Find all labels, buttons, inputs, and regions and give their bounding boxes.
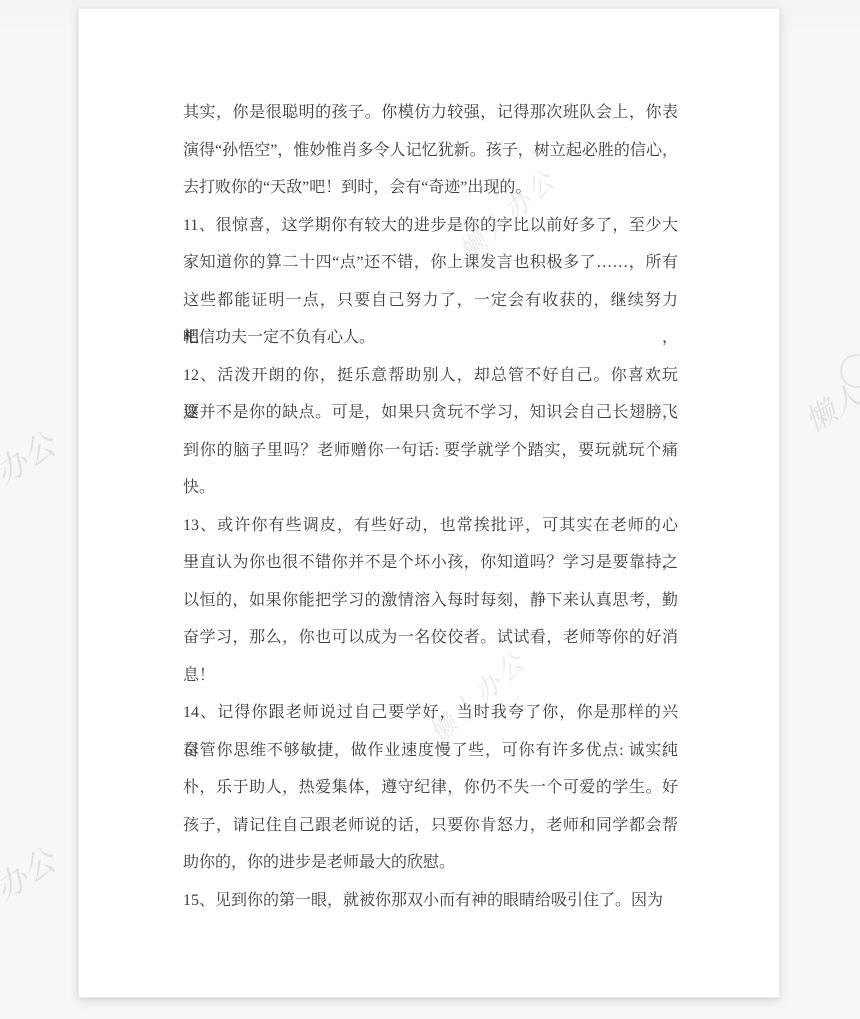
watermark-right-edge: 懒人 xyxy=(795,371,860,440)
paragraph: 11、很惊喜，这学期你有较大的进步是你的字比以前好多了，至少大家知道你的算二十四… xyxy=(183,207,678,357)
text-line: 去打败你的“天敌”吧！到时，会有“奇迹”出现的。 xyxy=(183,169,678,207)
text-line: 12、活泼开朗的你，挺乐意帮助别人，却总管不好自己。你喜欢玩耍， xyxy=(183,357,678,395)
paragraph: 15、见到你的第一眼，就被你那双小而有神的眼睛给吸引住了。因为 xyxy=(183,882,678,920)
text-line: 15、见到你的第一眼，就被你那双小而有神的眼睛给吸引住了。因为 xyxy=(183,882,678,920)
text-line: 朴，乐于助人，热爱集体，遵守纪律，你仍不失一个可爱的学生。好 xyxy=(183,769,678,807)
text-line: 13、或许你有些调皮，有些好动，也常挨批评，可其实在老师的心里， xyxy=(183,507,678,545)
paragraph: 13、或许你有些调皮，有些好动，也常挨批评，可其实在老师的心里，一直认为你也很不… xyxy=(183,507,678,695)
text-line: 到你的脑子里吗？老师赠你一句话: 要学就学个踏实，要玩就玩个痛 xyxy=(183,432,678,470)
app-background: 办公 懒人 办公 懒人办公 懒人办公 其实，你是很聪明的孩子。你模仿力较强，记得… xyxy=(0,0,860,1019)
text-line: 奋学习，那么，你也可以成为一名佼佼者。试试看，老师等你的好消 xyxy=(183,619,678,657)
text-line: 这并不是你的缺点。可是，如果只贪玩不学习，知识会自己长翅膀飞 xyxy=(183,394,678,432)
text-line: 演得“孙悟空”，惟妙惟肖多令人记忆犹新。孩子，树立起必胜的信心， xyxy=(183,132,678,170)
watermark-bottom-left: 办公 xyxy=(0,837,63,910)
text-line: 尽管你思维不够敏捷，做作业速度慢了些，可你有许多优点: 诚实纯 xyxy=(183,732,678,770)
paragraph: 14、记得你跟老师说过自己要学好，当时我夸了你，你是那样的兴奋。尽管你思维不够敏… xyxy=(183,694,678,882)
watermark-left-edge: 办公 xyxy=(0,421,63,494)
text-line: 息！ xyxy=(183,657,678,695)
text-line: 其实，你是很聪明的孩子。你模仿力较强，记得那次班队会上，你表 xyxy=(183,94,678,132)
paragraph: 12、活泼开朗的你，挺乐意帮助别人，却总管不好自己。你喜欢玩耍，这并不是你的缺点… xyxy=(183,357,678,507)
text-line: 以恒的，如果你能把学习的激情溶入每时每刻，静下来认真思考，勤 xyxy=(183,582,678,620)
text-line: 这些都能证明一点，只要自己努力了，一定会有收获的，继续努力吧， xyxy=(183,282,678,320)
watermark-stamp-circle-icon xyxy=(840,354,860,388)
document-page: 懒人办公 懒人办公 其实，你是很聪明的孩子。你模仿力较强，记得那次班队会上，你表… xyxy=(78,8,780,998)
text-line: 11、很惊喜，这学期你有较大的进步是你的字比以前好多了，至少大 xyxy=(183,207,678,245)
text-line: 孩子，请记住自己跟老师说的话，只要你肯怒力，老师和同学都会帮 xyxy=(183,807,678,845)
paragraph: 其实，你是很聪明的孩子。你模仿力较强，记得那次班队会上，你表演得“孙悟空”，惟妙… xyxy=(183,94,678,207)
text-line: 家知道你的算二十四“点”还不错，你上课发言也积极多了……，所有 xyxy=(183,244,678,282)
text-line: 助你的，你的进步是老师最大的欣慰。 xyxy=(183,844,678,882)
text-line: 14、记得你跟老师说过自己要学好，当时我夸了你，你是那样的兴奋。 xyxy=(183,694,678,732)
text-line: 快。 xyxy=(183,469,678,507)
text-line: 一直认为你也很不错你并不是个坏小孩，你知道吗？学习是要靠持之 xyxy=(183,544,678,582)
document-body: 其实，你是很聪明的孩子。你模仿力较强，记得那次班队会上，你表演得“孙悟空”，惟妙… xyxy=(183,94,678,919)
